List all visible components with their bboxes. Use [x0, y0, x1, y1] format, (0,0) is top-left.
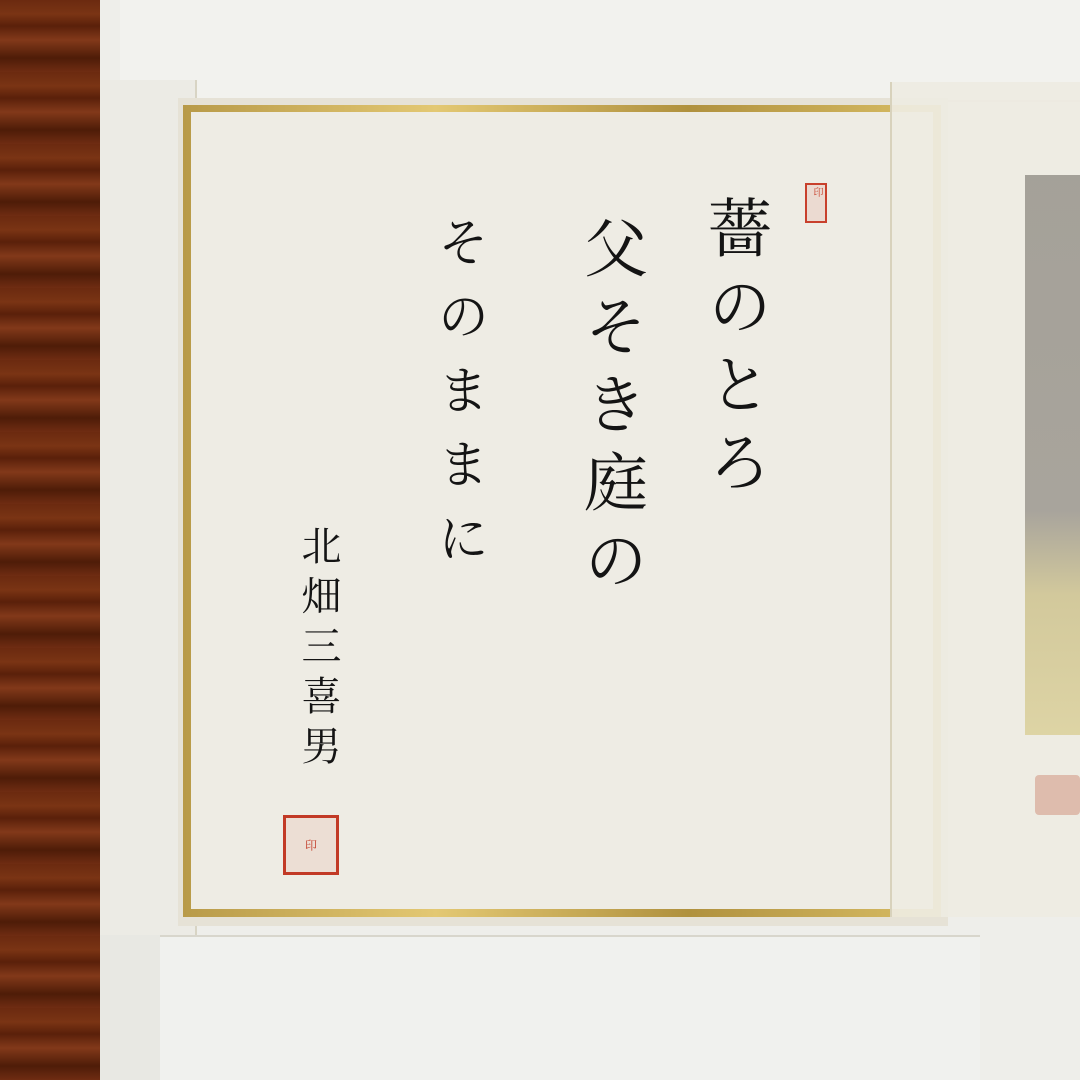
folder-flap-bottom [160, 935, 980, 1080]
artwork-seal-under-tissue [1035, 775, 1080, 815]
calligraphy-column-3: そのままに [432, 215, 484, 585]
seal-bottom-icon: 印 [283, 815, 339, 875]
calligraphy-column-1: 薔のとろ [702, 195, 766, 507]
seal-top-icon: 印 [805, 183, 827, 223]
folder-corner [100, 935, 160, 1080]
wooden-table [0, 0, 115, 1080]
artwork-under-tissue [1025, 175, 1080, 735]
artist-signature: 北畑三喜男 [290, 525, 347, 775]
calligraphy-column-2: 父そき庭の [578, 215, 642, 605]
shikishi-board [191, 112, 933, 909]
